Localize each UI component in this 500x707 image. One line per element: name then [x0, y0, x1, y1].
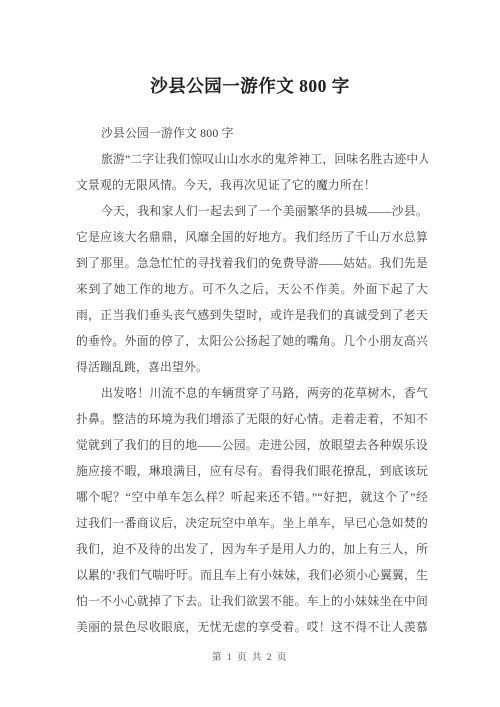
text-line: 来到了她工作的地方。可不久之后，天公不作美。外面下起了大	[76, 276, 428, 302]
page-number: 第 1 页 共 2 页	[0, 649, 500, 663]
text-line: 它是应该大名鼎鼎，风靡全国的好地方。我们经历了千山万水总算	[76, 224, 428, 250]
document-body: 沙县公园一游作文 800 字旅游”二字让我们惊叹山山水水的鬼斧神工，回味名胜古迹…	[76, 120, 428, 640]
text-line: 觉就到了我们的目的地——公园。走进公园，放眼望去各种娱乐设	[76, 432, 428, 458]
text-line: 旅游”二字让我们惊叹山山水水的鬼斧神工，回味名胜古迹中人	[76, 146, 428, 172]
text-line: 出发咯！川流不息的车辆贯穿了马路，两旁的花草树木，香气	[76, 380, 428, 406]
text-line: 得活蹦乱跳，喜出望外。	[76, 354, 428, 380]
text-line: 雨，正当我们垂头丧气感到失望时，或许是我们的真诚受到了老天	[76, 302, 428, 328]
text-line: 文景观的无限风情。今天，我再次见证了它的魔力所在！	[76, 172, 428, 198]
text-line: 沙县公园一游作文 800 字	[76, 120, 428, 146]
text-line: 到了那里。急急忙忙的寻找着我们的免费导游——姑姑。我们先是	[76, 250, 428, 276]
text-line: 过我们一番商议后，决定玩空中单车。坐上单车，早已心急如焚的	[76, 510, 428, 536]
text-line: 扑鼻。整洁的环境为我们增添了无限的好心情。走着走着，不知不	[76, 406, 428, 432]
document-title: 沙县公园一游作文 800 字	[0, 73, 500, 99]
text-line: 施应接不暇，琳琅满目，应有尽有。看得我们眼花撩乱，到底该玩	[76, 458, 428, 484]
text-line: 我们，迫不及待的出发了，因为车子是用人力的，加上有三人，所	[76, 536, 428, 562]
text-line: 哪个呢？“空中单车怎么样？听起来还不错。”“好把，就这个了”经	[76, 484, 428, 510]
text-line: 美丽的景色尽收眼底，无忧无虑的享受着。哎！这不得不让人羡慕	[76, 614, 428, 640]
document-page: 沙县公园一游作文 800 字 沙县公园一游作文 800 字旅游”二字让我们惊叹山…	[0, 0, 500, 707]
text-line: 以累的’我们气喘吁吁。而且车上有小妹妹，我们必须小心翼翼，生	[76, 562, 428, 588]
text-line: 的垂怜。外面的停了，太阳公公扬起了她的嘴角。几个小朋友高兴	[76, 328, 428, 354]
text-line: 怕一不小心就掉了下去。让我们欲罢不能。车上的小妹妹坐在中间	[76, 588, 428, 614]
text-line: 今天，我和家人们一起去到了一个美丽繁华的县城——沙县。	[76, 198, 428, 224]
